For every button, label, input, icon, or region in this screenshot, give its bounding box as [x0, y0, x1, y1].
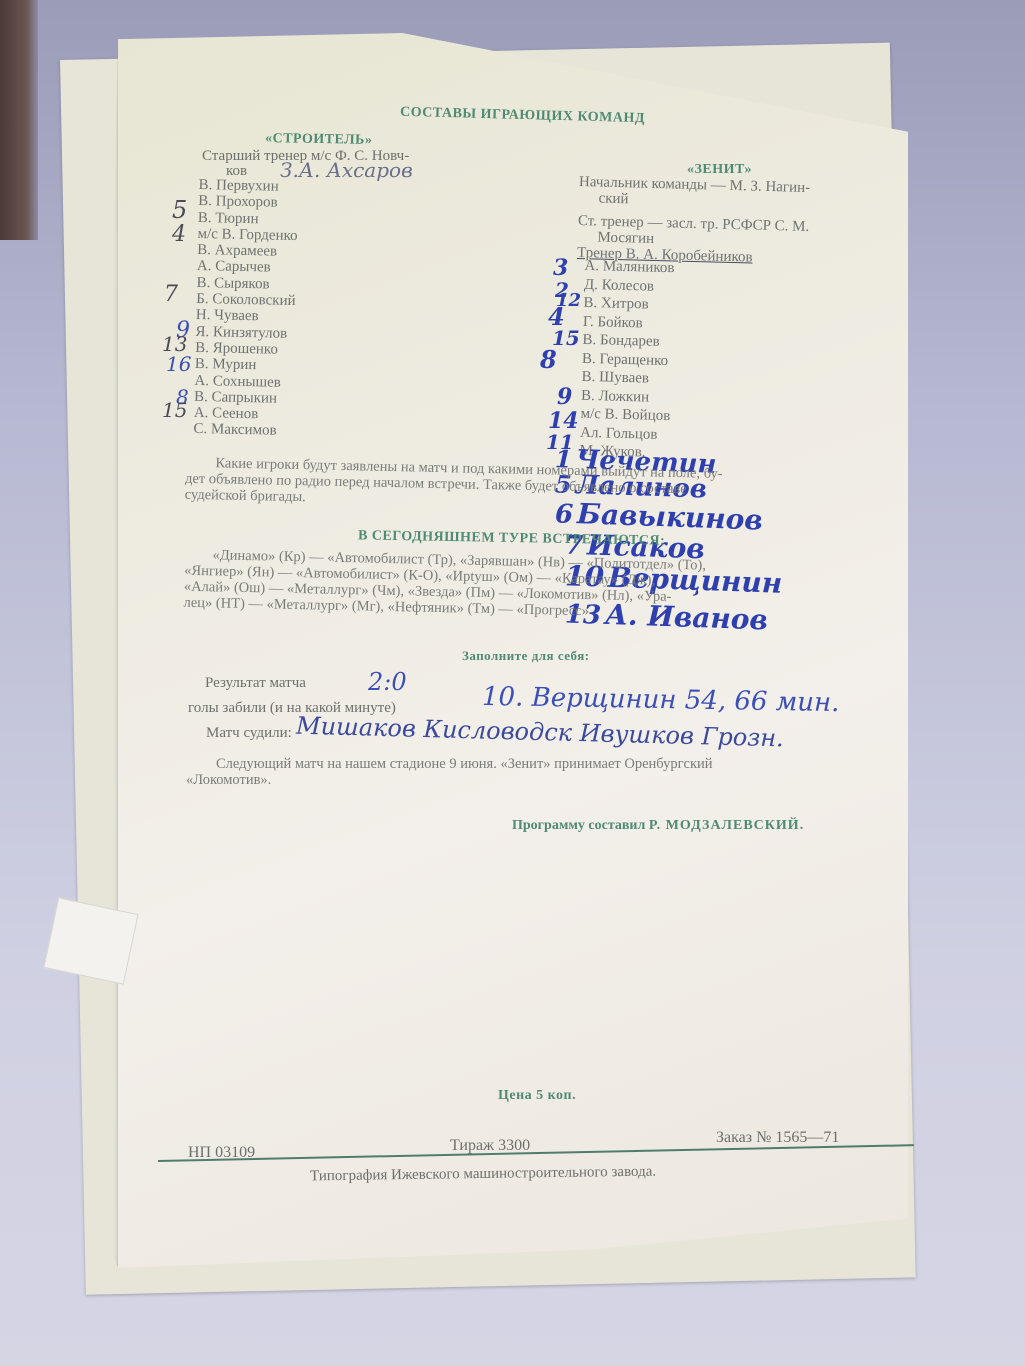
zenit-staff-list: Начальник команды — М. З. Нагин- ский Ст… [577, 174, 811, 268]
handwritten-number: 15 [162, 398, 187, 422]
player: А. Сарычев [197, 258, 297, 276]
handwritten-number: 5 [172, 196, 187, 224]
zenit-player-list: А. Маляников Д. Колесов В. Хитров Г. Бой… [579, 258, 674, 464]
torn-paper-fragment [43, 897, 138, 984]
compiled-by: Программу составил Р. МОДЗАЛЕВСКИЙ. [512, 818, 804, 834]
stroitel-player-list: В. Первухин В. Прохоров В. Тюрин м/с В. … [193, 177, 299, 440]
handwritten-number: 4 [172, 222, 186, 247]
player: В. Хитров [583, 295, 673, 316]
player: м/с В. Войцов [580, 406, 670, 427]
result-value: 2:0 [368, 668, 407, 696]
next-match-paragraph: Следующий матч на нашем стадионе 9 июня.… [186, 756, 886, 788]
table-edge [0, 0, 38, 240]
handwritten-number: 16 [166, 352, 191, 376]
player: В. Шуваев [581, 369, 671, 390]
player: В. Ложкин [581, 387, 671, 408]
team-stroitel-name: «СТРОИТЕЛЬ» [265, 131, 373, 149]
player: А. Сохнышев [194, 373, 294, 391]
handwritten-number: 9 [557, 384, 572, 410]
handwritten-number: 7 [164, 282, 178, 307]
compiled-by-label: Программу составил [512, 818, 645, 833]
player: С. Максимов [193, 421, 293, 439]
handwritten-number: 8 [540, 345, 557, 374]
player: В. Мурин [195, 356, 295, 374]
player: Г. Бойков [583, 313, 673, 334]
goals-value: 10. Верщинин 54, 66 мин. [482, 682, 840, 718]
result-label: Результат матча [205, 675, 306, 691]
handwritten-coach-note: З.А. Ахсаров [280, 158, 413, 182]
player: В. Тюрин [198, 210, 298, 228]
compiled-by-name: Р. МОДЗАЛЕВСКИЙ. [649, 818, 804, 833]
player: А. Маляников [584, 258, 674, 279]
price: Цена 5 коп. [498, 1088, 576, 1104]
player: В. Бондарев [582, 332, 672, 353]
player: В. Прохоров [198, 193, 298, 211]
fill-in-heading: Заполните для себя: [462, 648, 590, 664]
next-match-line: Следующий матч на нашем стадионе 9 июня.… [186, 756, 886, 772]
player: Ал. Гольцов [580, 424, 670, 445]
player: Д. Колесов [584, 276, 674, 297]
player: Н. Чуваев [196, 307, 296, 325]
team-zenit-name: «ЗЕНИТ» [687, 162, 752, 178]
order-number: Заказ № 1565—71 [716, 1130, 839, 1146]
stroitel-coach-line2: ков [226, 163, 247, 179]
referees-label: Матч судили: [206, 725, 292, 741]
player: В. Геращенко [582, 350, 672, 371]
next-match-line: «Локомотив». [186, 772, 886, 788]
